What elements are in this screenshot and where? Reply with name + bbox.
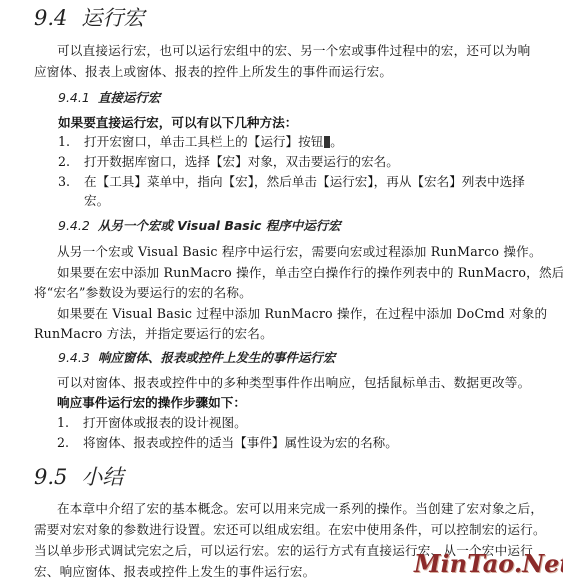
list-item: 2.将窗体、报表或控件的适当【事件】属性设为宏的名称。 [57, 432, 398, 451]
list-item: 2.打开数据库窗口，选择【宏】对象，双击要运行的宏名。 [58, 151, 399, 170]
paragraph: 应窗体、报表上或窗体、报表的控件上所发生的事件而运行宏。 [34, 61, 392, 80]
list-text: 打开数据库窗口，选择【宏】对象，双击要运行的宏名。 [84, 154, 399, 169]
list-suffix: 。 [330, 134, 343, 149]
subsection-title: 从另一个宏或 Visual Basic 程序中运行宏 [98, 218, 341, 233]
subsection-heading-9-4-2: 9.4.2从另一个宏或 Visual Basic 程序中运行宏 [58, 216, 341, 234]
section-heading-9-4: 9.4运行宏 [34, 2, 144, 32]
list-text: 将窗体、报表或控件的适当【事件】属性设为宏的名称。 [83, 435, 398, 450]
list-number: 2. [58, 154, 84, 169]
subsection-title: 直接运行宏 [98, 90, 161, 105]
paragraph: 宏、响应窗体、报表或控件上发生的事件运行宏。 [34, 561, 315, 580]
list-item: 1.打开宏窗口，单击工具栏上的【运行】按钮。 [58, 131, 343, 150]
paragraph: 可以直接运行宏，也可以运行宏组中的宏、另一个宏或事件过程中的宏，还可以为响 [57, 40, 530, 59]
lead-text: 如果要直接运行宏，可以有以下几种方法： [58, 112, 297, 131]
subsection-number: 9.4.3 [58, 350, 90, 365]
subsection-heading-9-4-1: 9.4.1直接运行宏 [58, 88, 160, 106]
list-item: 3.在【工具】菜单中，指向【宏】，然后单击【运行宏】，再从【宏名】列表中选择 [58, 171, 525, 190]
paragraph: 如果要在 Visual Basic 过程中添加 RunMacro 操作，在过程中… [57, 303, 547, 322]
paragraph: 将“宏名”参数设为要运行的宏的名称。 [34, 282, 252, 301]
list-number: 1. [57, 415, 83, 430]
list-text: 在【工具】菜单中，指向【宏】，然后单击【运行宏】，再从【宏名】列表中选择 [84, 174, 525, 189]
section-number: 9.4 [34, 6, 67, 30]
watermark-logo: MinTao.Net [414, 549, 563, 578]
paragraph: 如果要在宏中添加 RunMacro 操作，单击空白操作行的操作列表中的 RunM… [57, 262, 563, 281]
list-text: 打开窗体或报表的设计视图。 [83, 415, 247, 430]
subsection-number: 9.4.1 [58, 90, 90, 105]
list-text: 打开宏窗口，单击工具栏上的【运行】按钮 [84, 134, 323, 149]
section-title: 小结 [81, 465, 123, 489]
section-heading-9-5: 9.5小结 [34, 461, 123, 491]
subsection-title: 响应窗体、报表或控件上发生的事件运行宏 [98, 350, 336, 365]
paragraph: 需要对宏对象的参数进行设置。宏还可以组成宏组。在宏中使用条件，可以控制宏的运行。 [34, 519, 546, 538]
list-item-continuation: 宏。 [84, 190, 109, 209]
list-number: 3. [58, 174, 84, 189]
section-number: 9.5 [34, 465, 67, 489]
paragraph: 从另一个宏或 Visual Basic 程序中运行宏，需要向宏或过程添加 Run… [57, 241, 542, 260]
list-number: 2. [57, 435, 83, 450]
section-title: 运行宏 [81, 6, 144, 30]
paragraph: 可以对窗体、报表或控件中的多种类型事件作出响应，包括鼠标单击、数据更改等。 [57, 372, 530, 391]
paragraph: RunMacro 方法，并指定要运行的宏名。 [34, 323, 273, 342]
subsection-number: 9.4.2 [58, 218, 90, 233]
subsection-heading-9-4-3: 9.4.3响应窗体、报表或控件上发生的事件运行宏 [58, 348, 335, 366]
list-item: 1.打开窗体或报表的设计视图。 [57, 412, 247, 431]
list-number: 1. [58, 134, 84, 149]
paragraph: 在本章中介绍了宏的基本概念。宏可以用来完成一系列的操作。当创建了宏对象之后， [57, 498, 543, 517]
lead-text: 响应事件运行宏的操作步骤如下： [57, 392, 246, 411]
